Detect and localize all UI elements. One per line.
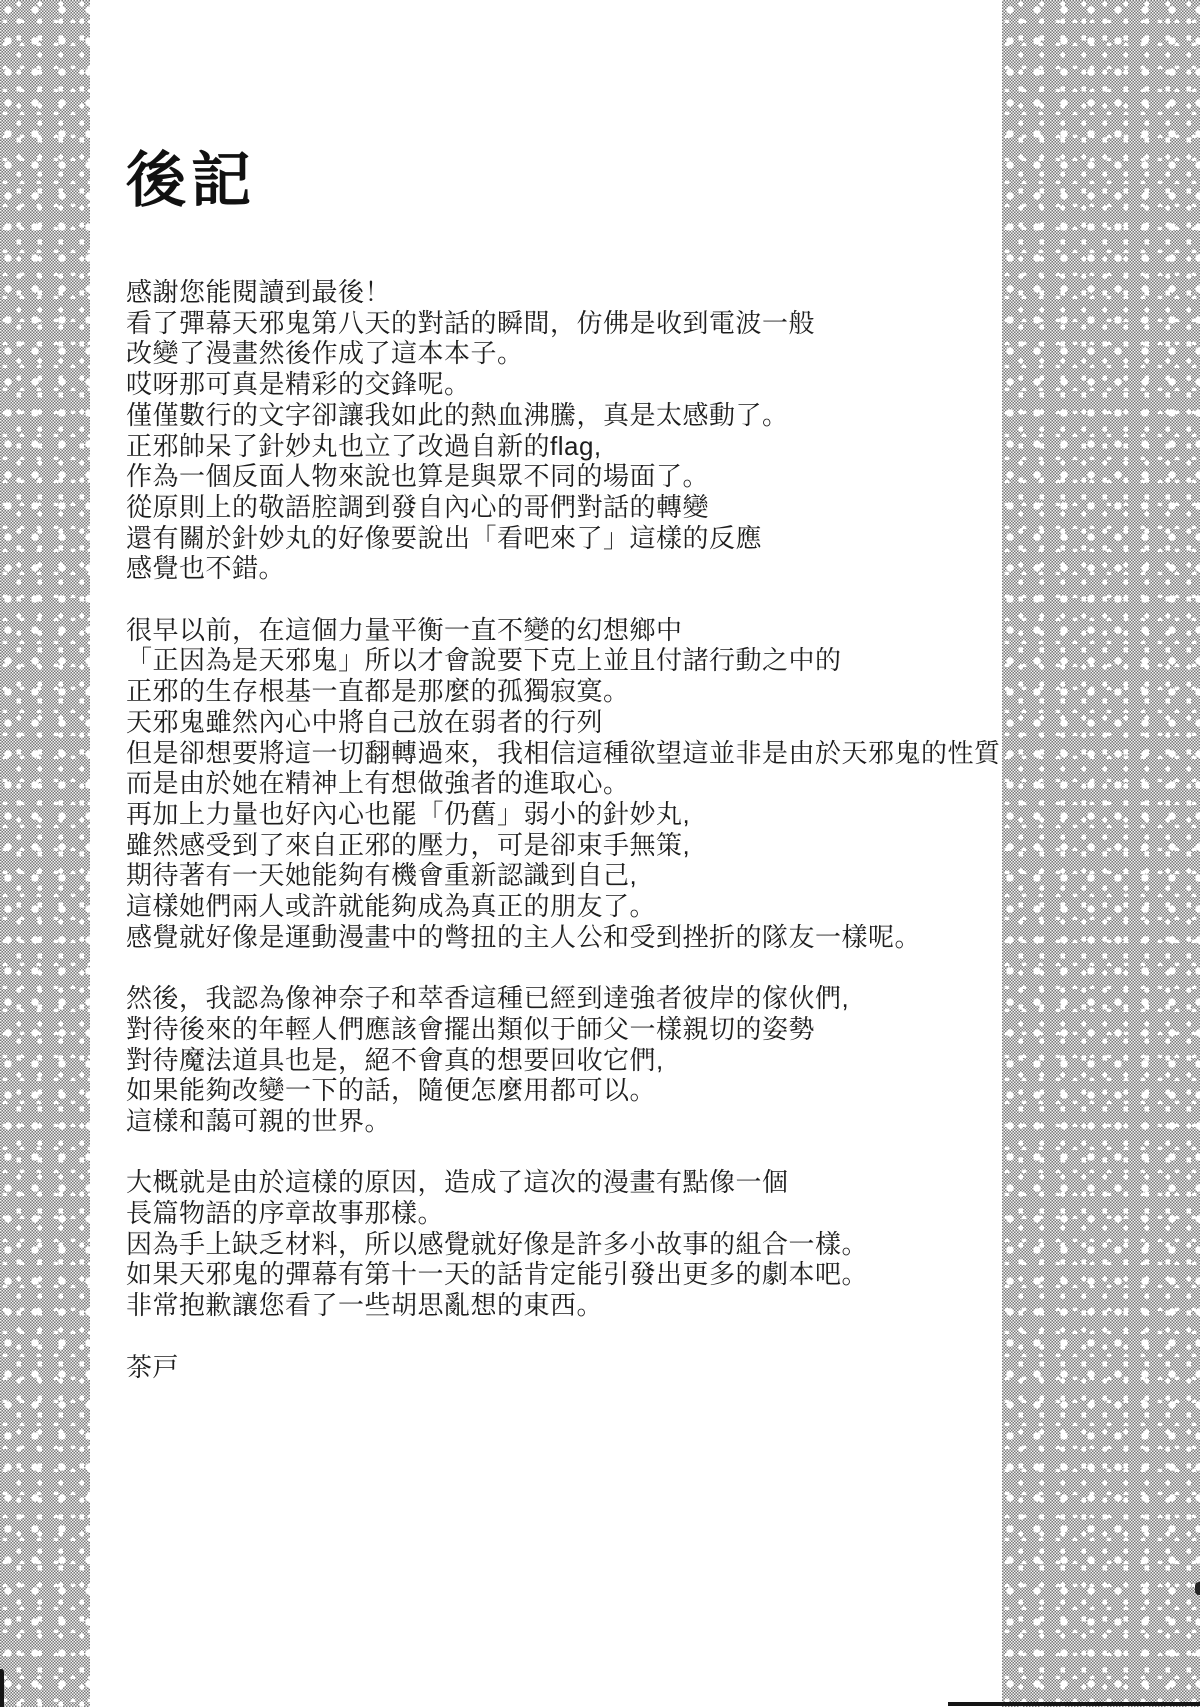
halftone-border-left	[0, 0, 90, 1707]
page-title: 後記	[126, 148, 256, 214]
halftone-border-right	[1002, 0, 1200, 1707]
text-line: 這樣她們兩人或許就能夠成為真正的朋友了。	[126, 891, 1026, 922]
text-line: 然後，我認為像神奈子和萃香這種已經到達強者彼岸的傢伙們,	[126, 983, 1026, 1014]
paragraph-2: 很早以前，在這個力量平衡一直不變的幻想鄉中 「正因為是天邪鬼」所以才會說要下克上…	[126, 615, 1026, 953]
text-line: 非常抱歉讓您看了一些胡思亂想的東西。	[126, 1290, 1026, 1321]
text-line: 因為手上缺乏材料，所以感覺就好像是許多小故事的組合一樣。	[126, 1229, 1026, 1260]
scan-artifact-bottom-left	[0, 1669, 4, 1707]
text-line: 如果天邪鬼的彈幕有第十一天的話肯定能引發出更多的劇本吧。	[126, 1259, 1026, 1290]
text-line: 對待後來的年輕人們應該會擺出類似于師父一樣親切的姿勢	[126, 1014, 1026, 1045]
text-line: 對待魔法道具也是，絕不會真的想要回收它們,	[126, 1045, 1026, 1076]
text-line: 這樣和藹可親的世界。	[126, 1106, 1026, 1137]
text-line: 大概就是由於這樣的原因，造成了這次的漫畫有點像一個	[126, 1167, 1026, 1198]
paragraph-4: 大概就是由於這樣的原因，造成了這次的漫畫有點像一個 長篇物語的序章故事那樣。 因…	[126, 1167, 1026, 1321]
text-line: 正邪帥呆了針妙丸也立了改過自新的flag,	[126, 431, 1026, 462]
text-line: 長篇物語的序章故事那樣。	[126, 1198, 1026, 1229]
afterword-body: 感謝您能閱讀到最後！ 看了彈幕天邪鬼第八天的對話的瞬間，仿佛是收到電波一般 改變…	[126, 277, 1026, 1382]
text-line: 正邪的生存根基一直都是那麼的孤獨寂寞。	[126, 676, 1026, 707]
text-line: 期待著有一天她能夠有機會重新認識到自己,	[126, 860, 1026, 891]
scan-artifact-bottom-line	[948, 1702, 1200, 1706]
text-line: 還有關於針妙丸的好像要說出「看吧來了」這樣的反應	[126, 523, 1026, 554]
afterword-page: 後記 感謝您能閱讀到最後！ 看了彈幕天邪鬼第八天的對話的瞬間，仿佛是收到電波一般…	[0, 0, 1200, 1707]
paragraph-3: 然後，我認為像神奈子和萃香這種已經到達強者彼岸的傢伙們, 對待後來的年輕人們應該…	[126, 983, 1026, 1137]
text-line: 感謝您能閱讀到最後！	[126, 277, 1026, 308]
text-line: 再加上力量也好內心也罷「仍舊」弱小的針妙丸,	[126, 799, 1026, 830]
text-line: 很早以前，在這個力量平衡一直不變的幻想鄉中	[126, 615, 1026, 646]
text-line: 哎呀那可真是精彩的交鋒呢。	[126, 369, 1026, 400]
paragraph-1: 感謝您能閱讀到最後！ 看了彈幕天邪鬼第八天的對話的瞬間，仿佛是收到電波一般 改變…	[126, 277, 1026, 584]
text-line: 而是由於她在精神上有想做強者的進取心。	[126, 768, 1026, 799]
text-line: 作為一個反面人物來說也算是與眾不同的場面了。	[126, 461, 1026, 492]
scan-artifact-right-edge	[1195, 1582, 1200, 1595]
text-line: 從原則上的敬語腔調到發自內心的哥們對話的轉變	[126, 492, 1026, 523]
text-line: 感覺也不錯。	[126, 553, 1026, 584]
author-signature: 茶戸	[126, 1352, 1026, 1383]
text-line: 僅僅數行的文字卻讓我如此的熱血沸騰，真是太感動了。	[126, 400, 1026, 431]
text-line: 感覺就好像是運動漫畫中的彆扭的主人公和受到挫折的隊友一樣呢。	[126, 922, 1026, 953]
text-line: 改變了漫畫然後作成了這本本子。	[126, 338, 1026, 369]
text-line: 天邪鬼雖然內心中將自己放在弱者的行列	[126, 707, 1026, 738]
text-line: 但是卻想要將這一切翻轉過來，我相信這種欲望這並非是由於天邪鬼的性質	[126, 738, 1026, 769]
text-line: 雖然感受到了來自正邪的壓力，可是卻束手無策,	[126, 830, 1026, 861]
text-line: 看了彈幕天邪鬼第八天的對話的瞬間，仿佛是收到電波一般	[126, 308, 1026, 339]
text-line: 「正因為是天邪鬼」所以才會說要下克上並且付諸行動之中的	[126, 645, 1026, 676]
text-line: 如果能夠改變一下的話，隨便怎麼用都可以。	[126, 1075, 1026, 1106]
